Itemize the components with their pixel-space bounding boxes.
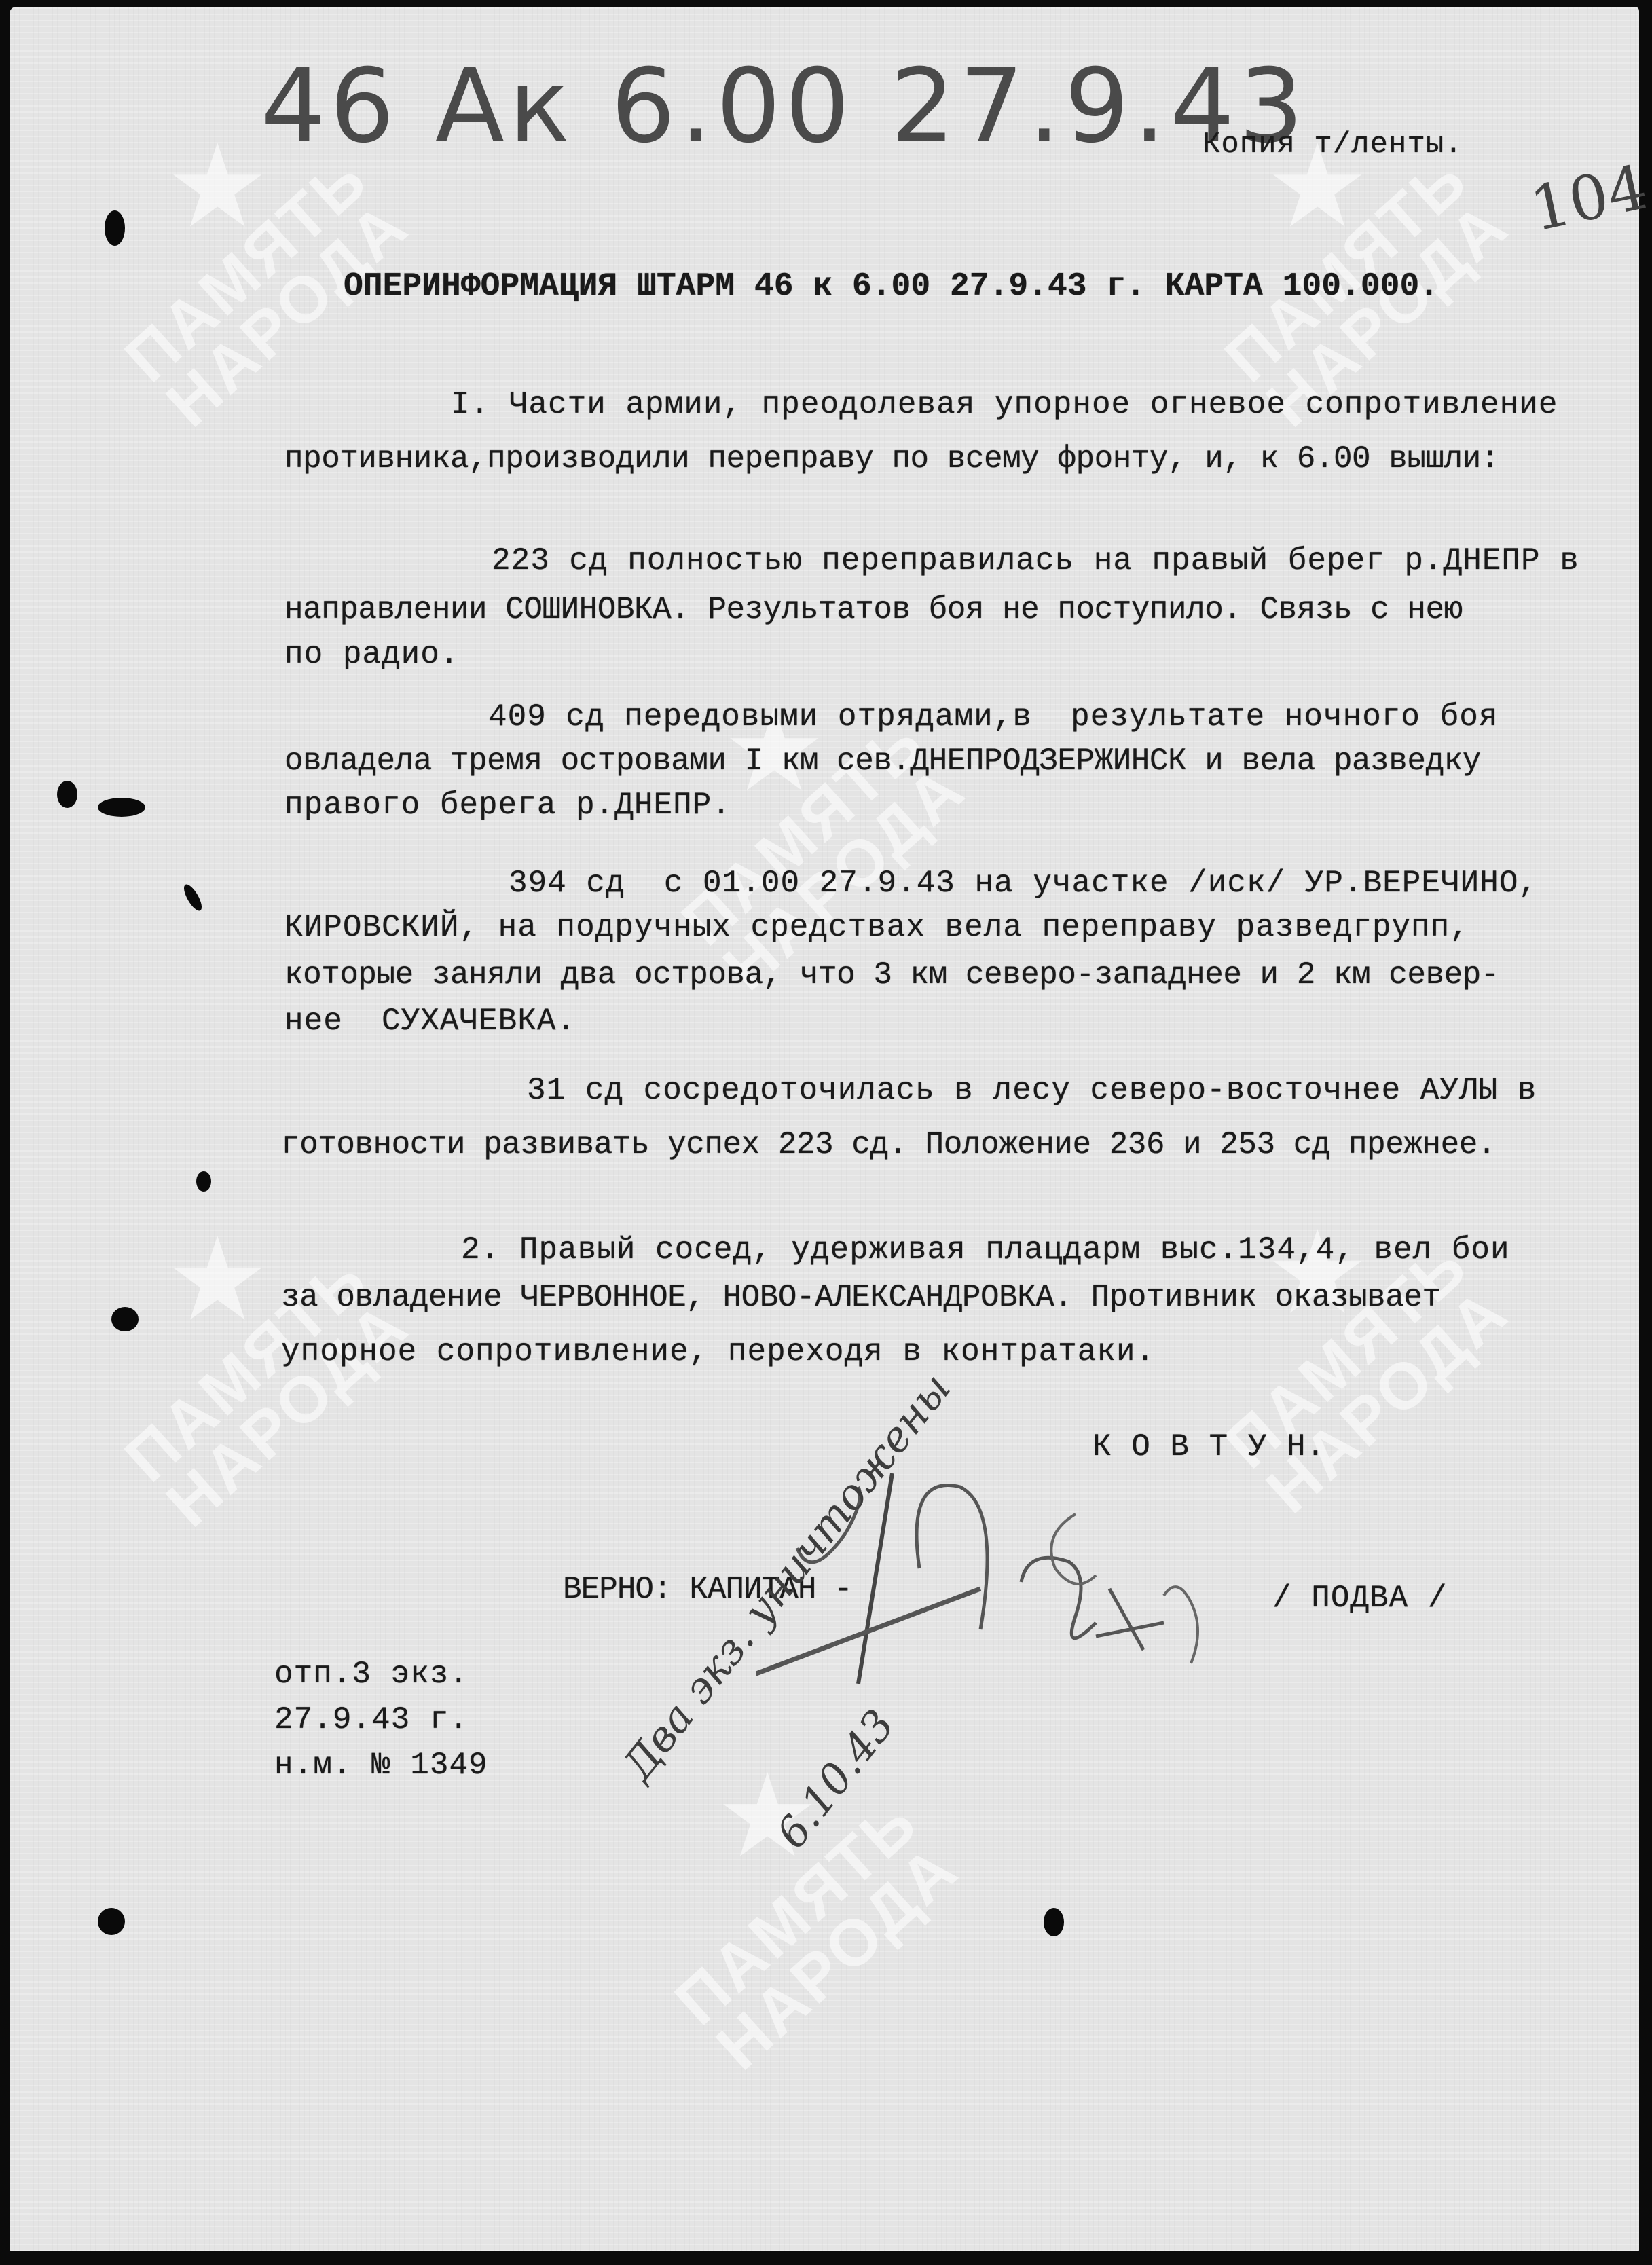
punch-hole [57,781,77,808]
paragraph-223-line: по радио. [284,637,459,672]
punch-hole [98,798,145,817]
paragraph-394-line: 394 сд с 01.00 27.9.43 на участке /иск/ … [509,866,1538,901]
handwritten-reference: 46 Ак 6.00 27.9.43 [261,48,1308,166]
copies-date: 27.9.43 г. [274,1702,469,1737]
paragraph-409-line: овладела тремя островами I км сев.ДНЕПРО… [284,743,1481,779]
paragraph-2-line: упорное сопротивление, переходя в контра… [281,1334,1155,1369]
handwritten-destruction-note: Два экз. уничтожены 6.10.43 [526,1295,1177,1958]
paragraph-2-line: 2. Правый сосед, удерживая плацдарм выс.… [461,1232,1510,1268]
paragraph-1-line: противника,производили переправу по всем… [284,441,1499,477]
page-number: 104 [1524,151,1652,245]
punch-hole [105,210,125,246]
paragraph-31-line: готовности развивать успех 223 сд. Полож… [281,1127,1496,1162]
document-page: ★ ПАМЯТЬ НАРОДА ★ ПАМЯТЬ НАРОДА ★ ПАМЯТЬ… [10,7,1639,2251]
paragraph-223-line: 223 сд полностью переправилась на правый… [492,543,1579,578]
verified-by-name: / ПОДВА / [1272,1581,1447,1616]
copy-note: Копия т/ленты. [1203,128,1463,162]
paragraph-409-line: 409 сд передовыми отрядами,в результате … [488,699,1498,735]
punch-hole [98,1908,125,1935]
register-number: н.м. № 1349 [274,1748,488,1783]
paragraph-2-line: за овладение ЧЕРВОННОЕ, НОВО-АЛЕКСАНДРОВ… [281,1280,1441,1315]
paragraph-394-line: которые заняли два острова, что 3 км сев… [284,957,1499,993]
copies-note: отп.3 экз. [274,1657,469,1692]
document-title: ОПЕРИНФОРМАЦИЯ ШТАРМ 46 к 6.00 27.9.43 г… [344,268,1439,305]
paragraph-394-line: КИРОВСКИЙ, на подручных средствах вела п… [284,910,1469,945]
paragraph-31-line: 31 сд сосредоточилась в лесу северо-вост… [527,1073,1537,1108]
ink-blot [1044,1908,1064,1936]
note-line: Два экз. уничтожены [611,1363,962,1791]
punch-hole [196,1171,211,1192]
paragraph-1-line: I. Части армии, преодолевая упорное огне… [451,387,1558,422]
punch-hole [111,1307,139,1331]
paragraph-394-line: нее СУХАЧЕВКА. [284,1003,576,1039]
punch-hole [181,882,205,913]
paragraph-223-line: направлении СОШИНОВКА. Результатов боя н… [284,592,1463,627]
paragraph-409-line: правого берега р.ДНЕПР. [284,788,731,823]
